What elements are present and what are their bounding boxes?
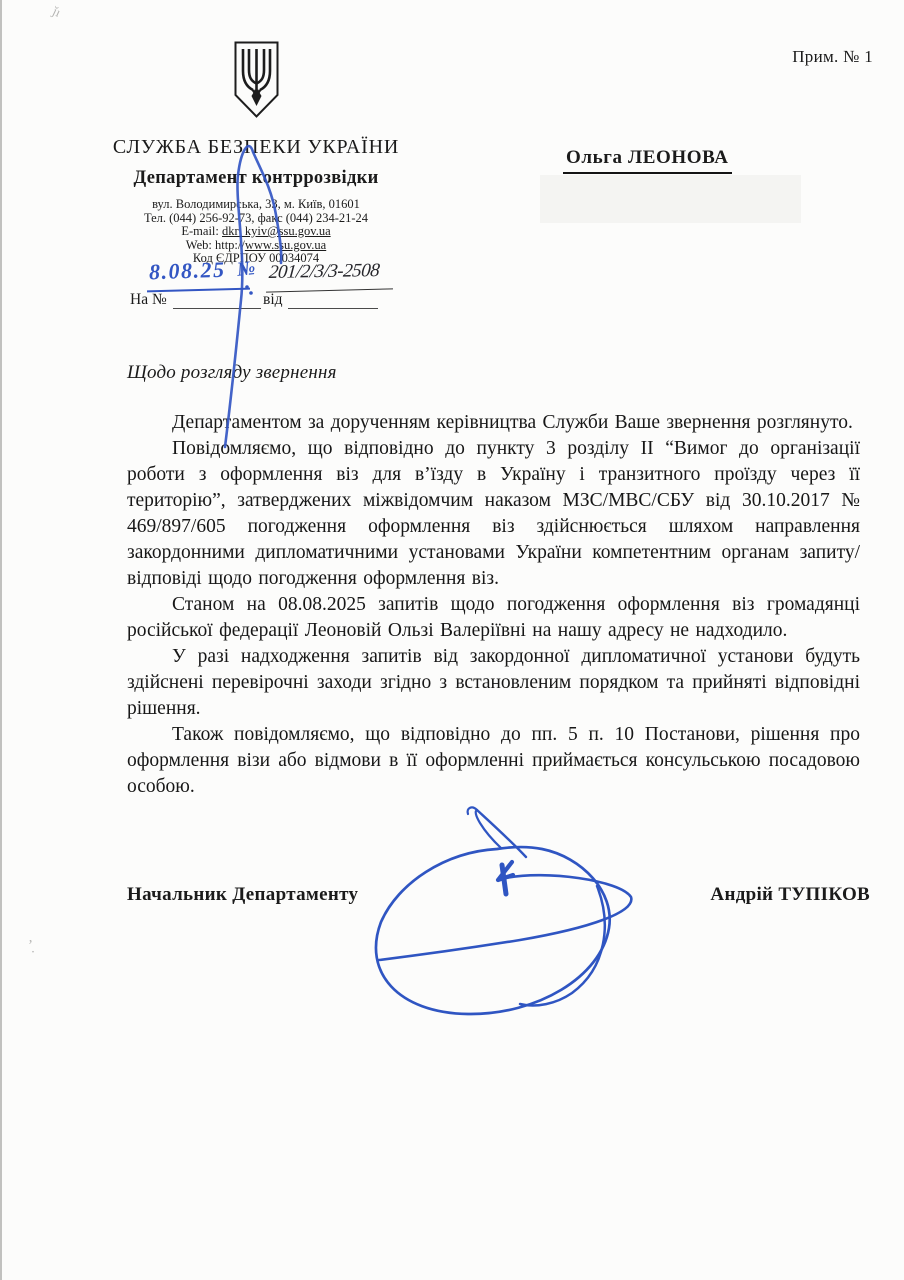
- signer-position: Начальник Департаменту: [127, 884, 358, 906]
- scan-artifact: ʼ̣: [28, 938, 33, 955]
- copy-number-note: Прим. № 1: [792, 47, 873, 67]
- paragraph: У разі надходження запитів від закордонн…: [127, 644, 860, 722]
- recipient-name: Ольга ЛЕОНОВА: [563, 147, 732, 174]
- scan-artifact: ǰı: [50, 3, 63, 21]
- scanned-letter-page: ǰı ʼ̣ Прим. № 1 СЛУЖБА БЕЗПЕКИ УКРАЇНИ Д…: [0, 0, 904, 1280]
- scan-edge: [0, 0, 2, 1280]
- letter-body: Департаментом за дорученням керівництва …: [127, 410, 860, 800]
- reply-ref-label: На №: [130, 291, 167, 309]
- signature-scribble: [360, 795, 650, 1030]
- paragraph: Також повідомляємо, що відповідно до пп.…: [127, 722, 860, 800]
- ukraine-trident-emblem-icon: [233, 40, 280, 124]
- redacted-address-box: [540, 175, 801, 223]
- paragraph: Станом на 08.08.2025 запитів щодо погодж…: [127, 592, 860, 644]
- signer-name: Андрій ТУПІКОВ: [710, 884, 870, 906]
- stray-pen-stroke: [185, 130, 305, 465]
